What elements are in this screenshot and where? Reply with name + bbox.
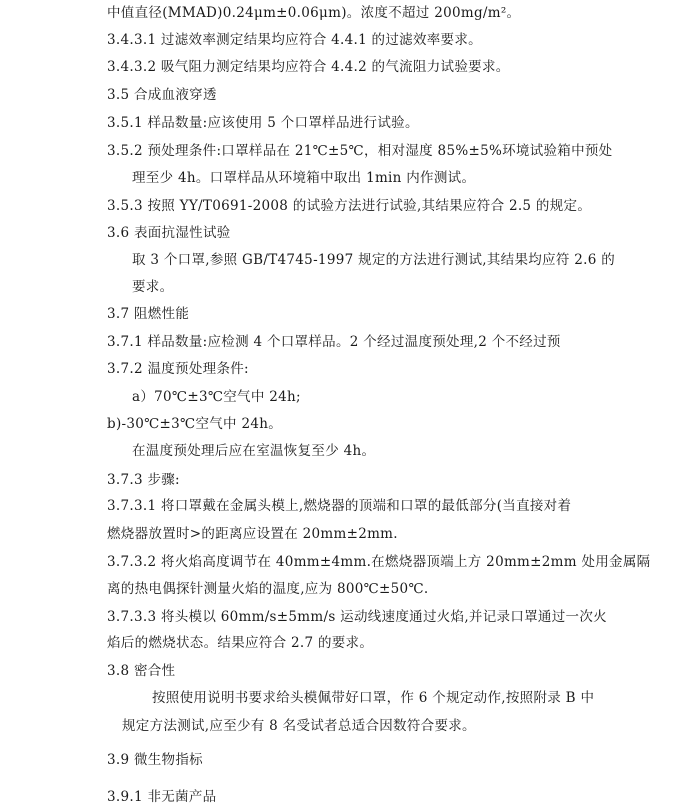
text-line: 要求。 — [132, 278, 173, 296]
text-line: 3.7.3.3 将头模以 60mm/s±5mm/s 运动线速度通过火焰,并记录口… — [107, 608, 607, 626]
text-line: 3.7.3.2 将火焰高度调节在 40mm±4mm.在燃烧器顶端上方 20mm±… — [107, 553, 650, 571]
text-line: 3.7.2 温度预处理条件: — [107, 360, 249, 378]
text-line: 3.9 微生物指标 — [107, 751, 203, 769]
text-line: 3.9.1 非无菌产品 — [107, 788, 216, 806]
text-line: 3.5 合成血液穿透 — [107, 86, 217, 104]
text-line: 3.5.2 预处理条件:口罩样品在 21℃±5℃，相对湿度 85%±5%环境试验… — [107, 142, 613, 160]
text-line: 3.8 密合性 — [107, 662, 175, 680]
text-line: 焰后的燃烧状态。结果应符合 2.7 的要求。 — [107, 634, 373, 652]
text-line: 3.7.1 样品数量:应检测 4 个口罩样品。2 个经过温度预处理,2 个不经过… — [107, 333, 561, 351]
text-line: a）70℃±3℃空气中 24h; — [132, 388, 301, 406]
text-line: 离的热电偶探针测量火焰的温度,应为 800℃±50℃. — [107, 580, 428, 598]
text-line: 中值直径(MMAD)0.24μm±0.06μm)。浓度不超过 200mg/m²。 — [107, 4, 520, 22]
text-line: b)-30℃±3℃空气中 24h。 — [107, 415, 282, 433]
text-line: 3.6 表面抗湿性试验 — [107, 224, 231, 242]
text-line: 3.4.3.2 吸气阻力测定结果均应符合 4.4.2 的气流阻力试验要求。 — [107, 58, 510, 76]
text-line: 取 3 个口罩,参照 GB/T4745-1997 规定的方法进行测试,其结果均应… — [132, 251, 615, 269]
text-line: 按照使用说明书要求给头模佩带好口罩，作 6 个规定动作,按照附录 B 中 — [152, 689, 594, 707]
text-line: 3.7.3.1 将口罩戴在金属头模上,燃烧器的顶端和口罩的最低部分(当直接对着 — [107, 497, 571, 515]
text-line: 3.5.3 按照 YY/T0691-2008 的试验方法进行试验,其结果应符合 … — [107, 197, 591, 215]
text-line: 3.5.1 样品数量:应该使用 5 个口罩样品进行试验。 — [107, 114, 419, 132]
text-line: 燃烧器放置时>的距离应设置在 20mm±2mm. — [107, 525, 398, 543]
text-line: 规定方法测试,应至少有 8 名受试者总适合因数符合要求。 — [122, 717, 476, 735]
text-line: 理至少 4h。口罩样品从环境箱中取出 1min 内作测试。 — [132, 169, 475, 187]
text-line: 3.7.3 步骤: — [107, 471, 180, 489]
text-line: 3.7 阻燃性能 — [107, 305, 189, 323]
text-line: 在温度预处理后应在室温恢复至少 4h。 — [132, 442, 375, 460]
text-line: 3.4.3.1 过滤效率测定结果均应符合 4.4.1 的过滤效率要求。 — [107, 31, 482, 49]
